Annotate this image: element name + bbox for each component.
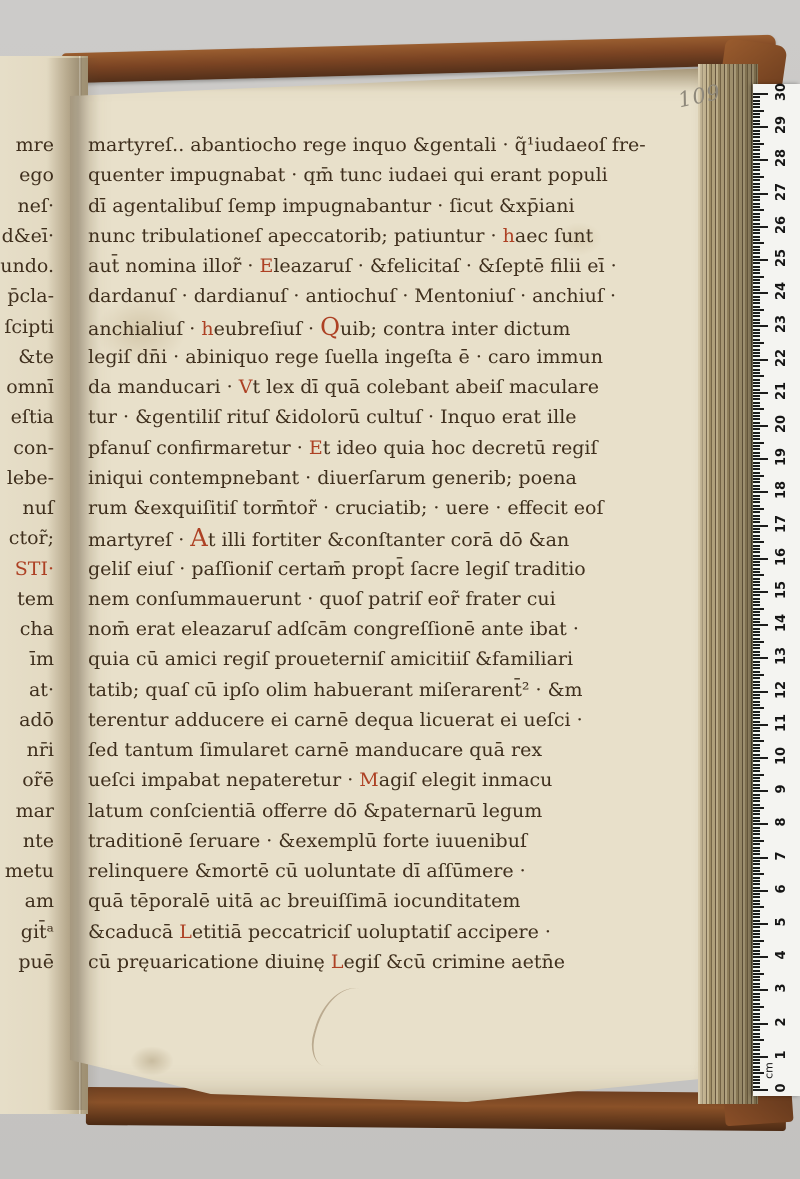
ruler-tick	[753, 113, 760, 115]
manuscript-text: con-	[13, 437, 54, 459]
ruler-tick	[753, 418, 760, 420]
ruler-tick	[753, 272, 760, 274]
ruler-tick	[753, 1069, 760, 1071]
manuscript-text: quenter impugnabat · qm̄ tunc iudaei qui…	[88, 164, 608, 186]
ruler-tick	[753, 501, 760, 503]
ruler-tick	[753, 880, 760, 882]
rubricated-initial: M	[359, 769, 378, 791]
ruler-tick	[753, 1059, 760, 1061]
ruler-tick	[753, 239, 760, 241]
ruler-tick	[753, 206, 760, 208]
ruler-tick	[753, 687, 760, 689]
ruler-tick	[753, 1076, 760, 1078]
ruler-tick	[753, 973, 764, 975]
ruler-number: 3	[774, 975, 790, 1001]
fragment-line: adō	[0, 705, 54, 735]
fragment-line: cha	[0, 614, 54, 644]
ruler-tick	[753, 677, 760, 679]
ruler-tick	[753, 691, 768, 693]
manuscript-text: mar	[16, 800, 54, 822]
ruler-tick	[753, 1013, 760, 1015]
ruler-tick	[753, 379, 760, 381]
ruler-tick	[753, 402, 760, 404]
ruler-tick	[753, 774, 764, 776]
ruler-tick	[753, 259, 768, 261]
ruler-number: 11	[774, 710, 790, 736]
ruler-tick	[753, 823, 768, 825]
ruler-tick	[753, 877, 760, 879]
ruler-tick	[753, 518, 760, 520]
ruler-tick	[753, 438, 760, 440]
manuscript-text: nte	[23, 830, 54, 852]
ruler-tick	[753, 734, 760, 736]
manuscript-text: tatib; quaſ cū ipſo olim habuerant miſer…	[88, 679, 583, 701]
ruler-tick	[753, 624, 768, 626]
ruler-number: 18	[774, 477, 790, 503]
rubricated-initial: A	[190, 523, 208, 552]
ruler-tick	[753, 445, 760, 447]
manuscript-text: legiſ dn̄i · abiniquo rege ſuella ingeſt…	[88, 346, 603, 368]
ruler-tick	[753, 963, 760, 965]
ruler-tick	[753, 1003, 760, 1005]
ruler-tick	[753, 389, 760, 391]
manuscript-text: p̄cla-	[7, 285, 54, 307]
fragment-line: ſcipti	[0, 312, 54, 342]
ruler-tick	[753, 837, 760, 839]
ruler-tick	[753, 541, 764, 543]
ruler-tick	[753, 120, 760, 122]
manuscript-text: d&eī·	[2, 225, 54, 247]
manuscript-text: aec ſunt	[515, 225, 593, 247]
ruler-tick	[753, 355, 760, 357]
ruler-tick	[753, 249, 760, 251]
manuscript-text: or̃ē	[22, 769, 54, 791]
ruler-tick	[753, 551, 760, 553]
rubricated-initial: V	[239, 376, 253, 398]
manuscript-text: quia cū amici regiſ proueterniſ amicitii…	[88, 648, 573, 670]
ruler-tick	[753, 953, 760, 955]
ruler-tick	[753, 943, 760, 945]
ruler-number: 26	[774, 212, 790, 238]
manuscript-text: anchialiuſ ·	[88, 318, 201, 340]
ruler-tick	[753, 289, 760, 291]
ruler-tick	[753, 754, 760, 756]
ruler-tick	[753, 916, 760, 918]
ruler-tick	[753, 857, 768, 859]
ruler-number: 10	[774, 743, 790, 769]
ruler-tick	[753, 966, 760, 968]
manuscript-text: t ideo quia hoc decretū regiſ	[323, 437, 598, 459]
ruler-tick	[753, 163, 760, 165]
manuscript-text: rum &exquiſitiſ torm̄tor̃ · cruciatib; ·…	[88, 497, 604, 519]
ruler-tick	[753, 1033, 760, 1035]
manuscript-text: nr̄i	[27, 739, 54, 761]
rubricated-initial: E	[309, 437, 323, 459]
manuscript-line: nom̄ erat eleazaruſ adſcām congreſſionē …	[88, 614, 633, 644]
fragment-line: metu	[0, 856, 54, 886]
manuscript-line: aut̄ nomina illor̃ · Eleazaruſ · &felici…	[88, 251, 633, 281]
ruler-number: 0	[774, 1075, 790, 1101]
ruler-tick	[753, 286, 760, 288]
ruler-tick	[753, 481, 760, 483]
ruler-tick	[753, 661, 760, 663]
ruler-tick	[753, 644, 760, 646]
ruler-tick	[753, 1029, 760, 1031]
manuscript-line: traditionē ſeruare · &exemplū forte iuue…	[88, 826, 633, 856]
ruler-tick	[753, 186, 760, 188]
ruler-tick	[753, 647, 760, 649]
manuscript-text: &caducā	[88, 921, 179, 943]
ruler-tick	[753, 711, 760, 713]
ruler-tick	[753, 448, 760, 450]
ruler-tick	[753, 903, 760, 905]
fragment-line: con-	[0, 433, 54, 463]
manuscript-text: uib; contra inter dictum	[340, 318, 570, 340]
manuscript-line: anchialiuſ · heubreſiuſ · Quib; contra i…	[88, 312, 633, 342]
ruler-tick	[753, 395, 760, 397]
ruler-tick	[753, 266, 760, 268]
ruler-tick	[753, 926, 760, 928]
ruler-number: 6	[774, 876, 790, 902]
fragment-line: omnī	[0, 372, 54, 402]
manuscript-line: dī agentalibuſ ſemp impugnabantur · ſicu…	[88, 191, 633, 221]
ruler-tick	[753, 794, 760, 796]
ruler-tick	[753, 564, 760, 566]
ruler-tick	[753, 276, 764, 278]
ruler-number: 12	[774, 677, 790, 703]
ruler-tick	[753, 979, 760, 981]
ruler-tick	[753, 442, 764, 444]
ruler-tick	[753, 415, 760, 417]
ruler-number: 22	[774, 345, 790, 371]
ruler-tick	[753, 704, 760, 706]
ruler-tick	[753, 156, 760, 158]
ruler-tick	[753, 495, 760, 497]
fragment-line: at·	[0, 675, 54, 705]
manuscript-text: ueſci impabat nepateretur ·	[88, 769, 359, 791]
ruler-tick	[753, 408, 764, 410]
ruler-number: 8	[774, 809, 790, 835]
ruler-number: 23	[774, 311, 790, 337]
ruler-tick	[753, 558, 768, 560]
manuscript-text: neſ·	[17, 195, 54, 217]
rubricated-initial: STI·	[15, 558, 54, 580]
manuscript-text: iniqui contempnebant · diuerſarum generi…	[88, 467, 577, 489]
manuscript-text: tur · &gentiliſ rituſ &idolorū cultuſ · …	[88, 406, 577, 428]
manuscript-text: ſed tantum ſimularet carnē manducare quā…	[88, 739, 542, 761]
ruler-tick	[753, 1016, 760, 1018]
ruler-tick	[753, 800, 760, 802]
ruler-tick	[753, 634, 760, 636]
fragment-line: or̃ē	[0, 765, 54, 795]
ruler-tick	[753, 173, 760, 175]
ruler-number: 24	[774, 278, 790, 304]
ruler-tick	[753, 282, 760, 284]
ruler-tick	[753, 628, 760, 630]
ruler-tick	[753, 896, 760, 898]
ruler-tick	[753, 252, 760, 254]
ruler-tick	[753, 146, 760, 148]
ruler-tick	[753, 750, 760, 752]
ruler-tick	[753, 296, 760, 298]
ruler-tick	[753, 667, 760, 669]
ruler-tick	[753, 970, 760, 972]
ruler-tick	[753, 840, 764, 842]
ruler-tick	[753, 349, 760, 351]
ruler-tick	[753, 545, 760, 547]
manuscript-text: cha	[20, 618, 54, 640]
fragment-line: d&eī·	[0, 221, 54, 251]
rubricated-initial: L	[331, 951, 344, 973]
ruler-tick	[753, 425, 768, 427]
manuscript-text: ſcipti	[4, 316, 54, 338]
ruler-tick	[753, 342, 764, 344]
ruler-tick	[753, 491, 768, 493]
measurement-ruler: cm 0123456789101112131415161718192021222…	[753, 84, 800, 1096]
ruler-tick	[753, 631, 760, 633]
ruler-number: 14	[774, 610, 790, 636]
ruler-number: 25	[774, 245, 790, 271]
manuscript-text: agiſ elegit inmacu	[379, 769, 553, 791]
ruler-tick	[753, 664, 760, 666]
ruler-number: 29	[774, 112, 790, 138]
manuscript-text-block: martyreſ.. abantiocho rege inquo &gental…	[88, 130, 633, 977]
ruler-tick	[753, 813, 760, 815]
ruler-number: 7	[774, 843, 790, 869]
ruler-tick	[753, 292, 768, 294]
ruler-tick	[753, 830, 760, 832]
manuscript-text: nem conſummauerunt · quoſ patriſ eor̃ fr…	[88, 588, 556, 610]
ruler-tick	[753, 574, 764, 576]
ruler-tick	[753, 365, 760, 367]
manuscript-line: pfanuſ confirmaretur · Et ideo quia hoc …	[88, 433, 633, 463]
ruler-tick	[753, 721, 760, 723]
ruler-tick	[753, 392, 768, 394]
ruler-tick	[753, 209, 764, 211]
ruler-tick	[753, 398, 760, 400]
manuscript-line: geliſ eiuſ · paſſioniſ certam̄ propt̄ ſa…	[88, 554, 633, 584]
ruler-tick	[753, 810, 760, 812]
ruler-tick	[753, 405, 760, 407]
manuscript-text: etitiā peccatriciſ uoluptatiſ accipere ·	[192, 921, 551, 943]
ruler-tick	[753, 598, 760, 600]
ruler-tick	[753, 183, 760, 185]
ruler-tick	[753, 435, 760, 437]
ruler-tick	[753, 262, 760, 264]
manuscript-line: iniqui contempnebant · diuerſarum generi…	[88, 463, 633, 493]
ruler-tick	[753, 515, 760, 517]
ruler-tick	[753, 1086, 760, 1088]
ruler-tick	[753, 614, 760, 616]
manuscript-text: undo.	[0, 255, 54, 277]
ruler-tick	[753, 126, 768, 128]
fragment-line: STI·	[0, 554, 54, 584]
rubricated-initial: h	[503, 225, 515, 247]
ruler-tick	[753, 910, 760, 912]
ruler-tick	[753, 674, 764, 676]
manuscript-line: ueſci impabat nepateretur · Magiſ elegit…	[88, 765, 633, 795]
ruler-tick	[753, 591, 768, 593]
fragment-line: ctor̃;	[0, 523, 54, 553]
ruler-number: 15	[774, 577, 790, 603]
fragment-line: am	[0, 886, 54, 916]
ruler-tick	[753, 169, 760, 171]
manuscript-line: quenter impugnabat · qm̄ tunc iudaei qui…	[88, 160, 633, 190]
manuscript-text: ego	[19, 164, 54, 186]
ruler-tick	[753, 578, 760, 580]
ruler-tick	[753, 103, 760, 105]
ruler-number: 27	[774, 179, 790, 205]
ruler-tick	[753, 535, 760, 537]
ruler-tick	[753, 930, 760, 932]
ruler-tick	[753, 306, 760, 308]
ruler-tick	[753, 193, 768, 195]
ruler-tick	[753, 744, 760, 746]
ruler-tick	[753, 827, 760, 829]
ruler-tick	[753, 1046, 760, 1048]
ruler-tick	[753, 196, 760, 198]
manuscript-text: git̄ᵃ	[21, 921, 54, 943]
fragment-line: nuſ	[0, 493, 54, 523]
ruler-tick	[753, 1072, 764, 1074]
ruler-tick	[753, 1039, 764, 1041]
ruler-tick	[753, 531, 760, 533]
manuscript-text: tem	[17, 588, 54, 610]
ruler-tick	[753, 757, 768, 759]
ruler-tick	[753, 485, 760, 487]
ruler-number: 20	[774, 411, 790, 437]
fragment-line: nte	[0, 826, 54, 856]
ruler-tick	[753, 322, 760, 324]
ruler-tick	[753, 843, 760, 845]
ruler-tick	[753, 498, 760, 500]
ruler-tick	[753, 362, 760, 364]
manuscript-text: nuſ	[22, 497, 54, 519]
ruler-tick	[753, 996, 760, 998]
ruler-tick	[753, 465, 760, 467]
ruler-tick	[753, 216, 760, 218]
ruler-tick	[753, 116, 760, 118]
ruler-tick	[753, 923, 768, 925]
ruler-tick	[753, 611, 760, 613]
ruler-tick	[753, 787, 760, 789]
ruler-tick	[753, 770, 760, 772]
manuscript-line: quia cū amici regiſ proueterniſ amicitii…	[88, 644, 633, 674]
manuscript-text: eſtia	[11, 406, 54, 428]
ruler-tick	[753, 906, 764, 908]
ruler-tick	[753, 1006, 764, 1008]
ruler-number: 28	[774, 145, 790, 171]
ruler-tick	[753, 315, 760, 317]
manuscript-line: da manducari · Vt lex dī quā colebant ab…	[88, 372, 633, 402]
ruler-tick	[753, 850, 760, 852]
ruler-tick	[753, 933, 760, 935]
ruler-tick	[753, 468, 760, 470]
fragment-line: ego	[0, 160, 54, 190]
ruler-tick	[753, 1082, 760, 1084]
ruler-tick	[753, 229, 760, 231]
ruler-tick	[753, 853, 760, 855]
manuscript-text: t illi fortiter &conſtanter corā dō &an	[208, 529, 569, 551]
ruler-tick	[753, 1089, 768, 1091]
ruler-tick	[753, 654, 760, 656]
fragment-line: puē	[0, 947, 54, 977]
ruler-tick	[753, 279, 760, 281]
fragment-line: undo.	[0, 251, 54, 281]
manuscript-text: dī agentalibuſ ſemp impugnabantur · ſicu…	[88, 195, 575, 217]
ruler-tick	[753, 767, 760, 769]
ruler-tick	[753, 110, 764, 112]
ruler-tick	[753, 863, 760, 865]
ruler-tick	[753, 747, 760, 749]
ruler-tick	[753, 372, 760, 374]
manuscript-line: terentur adducere ei carnē dequa licuera…	[88, 705, 633, 735]
ruler-tick	[753, 521, 760, 523]
ruler-tick	[753, 584, 760, 586]
ruler-tick	[753, 608, 764, 610]
ruler-tick	[753, 319, 760, 321]
ruler-tick	[753, 1026, 760, 1028]
manuscript-line: nunc tribulationeſ apeccatorib; patiuntu…	[88, 221, 633, 251]
ruler-tick	[753, 581, 760, 583]
fragment-line: git̄ᵃ	[0, 917, 54, 947]
manuscript-text: adō	[19, 709, 54, 731]
ruler-tick	[753, 727, 760, 729]
manuscript-text: ctor̃;	[9, 527, 54, 549]
ruler-tick	[753, 887, 760, 889]
manuscript-photo: mreegoneſ·d&eī·undo.p̄cla-ſcipti&teomnīe…	[0, 0, 800, 1179]
manuscript-text: am	[25, 890, 54, 912]
ruler-tick	[753, 950, 760, 952]
ruler-tick	[753, 176, 764, 178]
ruler-tick	[753, 790, 768, 792]
ruler-tick	[753, 867, 760, 869]
ruler-tick	[753, 203, 760, 205]
ruler-tick	[753, 561, 760, 563]
manuscript-line: &caducā Letitiā peccatriciſ uoluptatiſ a…	[88, 917, 633, 947]
ruler-tick	[753, 96, 760, 98]
ruler-tick	[753, 412, 760, 414]
ruler-tick	[753, 833, 760, 835]
ruler-tick	[753, 737, 760, 739]
ruler-tick	[753, 1023, 768, 1025]
ruler-tick	[753, 568, 760, 570]
ruler-tick	[753, 684, 760, 686]
ruler-tick	[753, 329, 760, 331]
ruler-tick	[753, 488, 760, 490]
manuscript-text: dardanuſ · dardianuſ · antiochuſ · Mento…	[88, 285, 616, 307]
ruler-tick	[753, 1066, 760, 1068]
ruler-tick	[753, 432, 760, 434]
ruler-tick	[753, 475, 764, 477]
ruler-tick	[753, 571, 760, 573]
fragment-line: mar	[0, 796, 54, 826]
fragment-line: īm	[0, 644, 54, 674]
ruler-tick	[753, 511, 760, 513]
ruler-tick	[753, 133, 760, 135]
ruler-tick	[753, 697, 760, 699]
ruler-number: 13	[774, 643, 790, 669]
manuscript-text: eubreſiuſ ·	[214, 318, 320, 340]
facing-page-text-fragments: mreegoneſ·d&eī·undo.p̄cla-ſcipti&teomnīe…	[0, 130, 54, 977]
ruler-tick	[753, 359, 768, 361]
ruler-tick	[753, 256, 760, 258]
ruler-tick	[753, 106, 760, 108]
ruler-tick	[753, 100, 760, 102]
ruler-tick	[753, 807, 764, 809]
fragment-line: nr̄i	[0, 735, 54, 765]
fragment-line: eſtia	[0, 402, 54, 432]
